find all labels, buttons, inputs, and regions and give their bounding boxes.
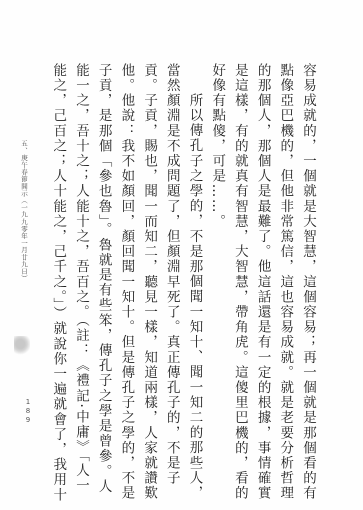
body-text: 容易成就的，一個就是大智慧，這個容易；再一個就是那個看的有 點像亞巴機的，但他非… bbox=[47, 63, 319, 473]
book-page: 容易成就的，一個就是大智慧，這個容易；再一個就是那個看的有 點像亞巴機的，但他非… bbox=[0, 0, 363, 510]
text-column-11: 能一之，吾十之；人能十之，吾百之。（註：《禮記·中庸》「人一 bbox=[69, 63, 92, 473]
text-column-12: 能之，己百之；人十能之，己千之。」）就說你一遍就會了，我用十 bbox=[47, 63, 70, 473]
text-column-4: 是這樣，有的就真有智慧，大智慧，帶角虎。這傻里巴機的，看的 bbox=[228, 63, 251, 473]
text-column-3: 的那個人，那個人是最難了。他這話還是有一定的根據，事情確實 bbox=[251, 63, 274, 473]
text-column-10: 子貢，是那個「參也魯」。魯就是有些笨，傳孔子之學是曾參。人 bbox=[92, 63, 115, 473]
text-column-9: 他。他說：我不如顏回，顏回聞一知十。但是傳孔子之學的，不是 bbox=[115, 63, 138, 473]
text-column-5: 好像有點傻，可是……。 bbox=[205, 63, 228, 473]
ink-stamp-decoration bbox=[14, 336, 30, 356]
text-column-2: 點像亞巴機的，但他非常篤信，這也容易成就。就是老要分析哲理 bbox=[274, 63, 297, 473]
chapter-running-title: 五、庚午春節開示（一九九零年一月廿九日） bbox=[20, 140, 29, 282]
page-number: 189 bbox=[24, 398, 32, 425]
text-column-8: 貢。子貢，賜也，聞一而知二，聽見一樣，知道兩樣，人家就讚歎 bbox=[137, 63, 160, 473]
text-column-7: 當然顏淵是不成問題了，但顏淵早死了。真正傳孔子的，不是子 bbox=[160, 63, 183, 473]
text-column-1: 容易成就的，一個就是大智慧，這個容易；再一個就是那個看的有 bbox=[296, 63, 319, 473]
text-column-6-paragraph-start: 所以傳孔子之學的，不是那個聞一知十、聞一知二的那些人， bbox=[183, 63, 206, 473]
